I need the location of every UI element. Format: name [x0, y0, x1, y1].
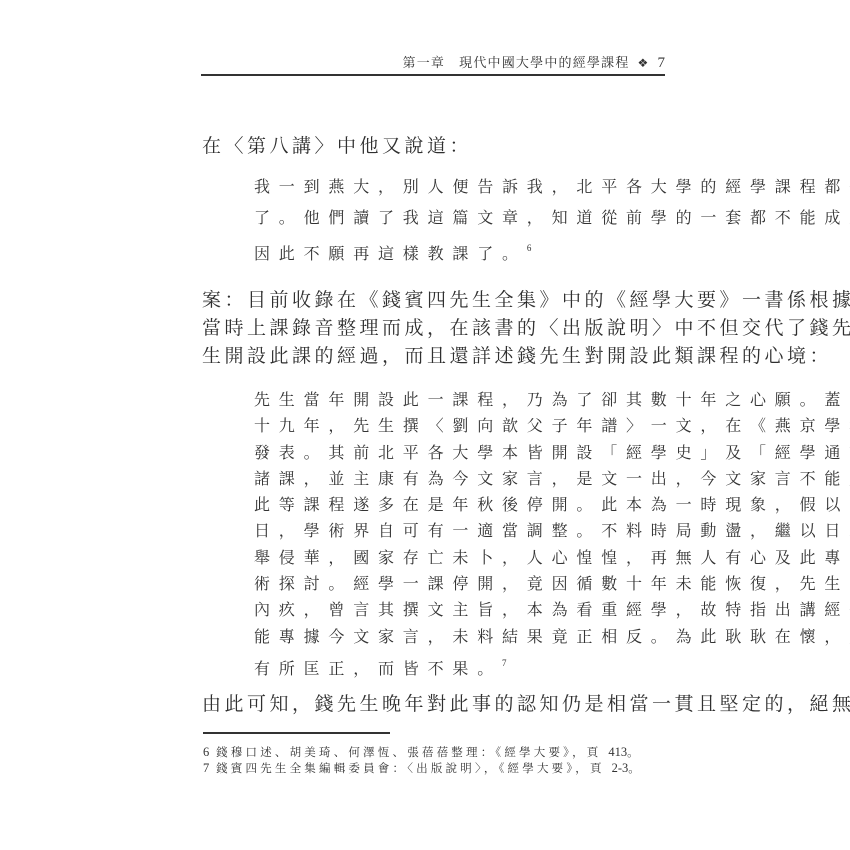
footnotes: 6 錢穆口述、胡美琦、何澤恆、張蓓蓓整理：《經學大要》，頁 413。 7 錢賓四… [203, 744, 663, 776]
quote-line: 有所匡正，而皆不果。7 [254, 650, 664, 676]
intro-paragraph: 在〈第八講〉中他又說道： [202, 132, 664, 160]
text-line: 當時上課錄音整理而成，在該書的〈出版說明〉中不但交代了錢先 [202, 314, 664, 342]
header-rule [201, 74, 665, 76]
block-quote-1: 我一到燕大，別人便告訴我，北平各大學的經學課程都停開 了。他們讀了我這篇文章，知… [254, 172, 664, 264]
running-header: 第一章現代中國大學中的經學課程❖7 [201, 52, 665, 74]
footnote-text: 錢穆口述、胡美琦、何澤恆、張蓓蓓整理：《經學大要》，頁 [216, 745, 601, 759]
footnote-end: 。 [628, 761, 643, 775]
text-line: 案：目前收錄在《錢賓四先生全集》中的《經學大要》一書係根據 [202, 286, 664, 314]
quote-line-text: 有所匡正，而皆不果。 [254, 659, 502, 678]
quote-line: 能專據今文家言，未料結果竟正相反。為此耿耿在懷，屢思 [254, 624, 664, 650]
ornament-icon: ❖ [638, 56, 650, 70]
quote-line: 內疚，曾言其撰文主旨，本為看重經學，故特指出講經學不 [254, 597, 664, 623]
text-line: 由此可知，錢先生晚年對此事的認知仍是相當一貫且堅定的，絕無 [202, 690, 664, 718]
footnote-page: 413 [608, 745, 627, 759]
quote-line: 此等課程遂多在是年秋後停開。此本為一時現象，假以時 [254, 492, 664, 518]
quote-line: 諸課，並主康有為今文家言，是文一出，今文家言不能成立， [254, 466, 664, 492]
footnote-end: 。 [627, 745, 642, 759]
chapter-title: 現代中國大學中的經學課程 [459, 56, 629, 71]
quote-line: 十九年，先生撰〈劉向歆父子年譜〉一文，在《燕京學報》 [254, 413, 664, 439]
conclusion-paragraph: 由此可知，錢先生晚年對此事的認知仍是相當一貫且堅定的，絕無 [202, 690, 664, 718]
book-page: 第一章現代中國大學中的經學課程❖7 在〈第八講〉中他又說道： 我一到燕大，別人便… [0, 0, 850, 850]
footnote-ref-6[interactable]: 6 [527, 243, 532, 253]
footnote-page: 2-3 [612, 761, 629, 775]
quote-line-text: 因此不願再這樣教課了。 [254, 244, 527, 263]
text-line: 生開設此課的經過，而且還詳述錢先生對開設此類課程的心境： [202, 342, 664, 370]
quote-line: 術探討。經學一課停開，竟因循數十年未能恢復，先生引為 [254, 571, 664, 597]
block-quote-2: 先生當年開設此一課程，乃為了卻其數十年之心願。蓋民國 十九年，先生撰〈劉向歆父子… [254, 387, 664, 676]
page-number: 7 [658, 55, 666, 71]
quote-line: 日，學術界自可有一適當調整。不料時局動盪，繼以日本大 [254, 518, 664, 544]
footnote-rule [203, 732, 390, 734]
quote-line: 舉侵華，國家存亡未卜，人心惶惶，再無人有心及此專門學 [254, 545, 664, 571]
text-line: 在〈第八講〉中他又說道： [202, 132, 664, 160]
footnote-ref-7[interactable]: 7 [502, 658, 507, 668]
footnote-number: 7 [203, 761, 209, 775]
commentary-paragraph: 案：目前收錄在《錢賓四先生全集》中的《經學大要》一書係根據 當時上課錄音整理而成… [202, 286, 664, 370]
footnote-7: 7 錢賓四先生全集編輯委員會：〈出版說明〉，《經學大要》，頁 2-3。 [203, 760, 663, 776]
quote-line: 發表。其前北平各大學本皆開設「經學史」及「經學通論」 [254, 440, 664, 466]
quote-line: 我一到燕大，別人便告訴我，北平各大學的經學課程都停開 [254, 172, 664, 203]
footnote-6: 6 錢穆口述、胡美琦、何澤恆、張蓓蓓整理：《經學大要》，頁 413。 [203, 744, 663, 760]
footnote-text: 錢賓四先生全集編輯委員會：〈出版說明〉，《經學大要》，頁 [216, 761, 605, 775]
chapter-label: 第一章 [403, 56, 446, 71]
quote-line: 了。他們讀了我這篇文章，知道從前學的一套都不能成立， [254, 203, 664, 234]
quote-line: 先生當年開設此一課程，乃為了卻其數十年之心願。蓋民國 [254, 387, 664, 413]
quote-line: 因此不願再這樣教課了。6 [254, 233, 664, 264]
footnote-number: 6 [203, 745, 209, 759]
